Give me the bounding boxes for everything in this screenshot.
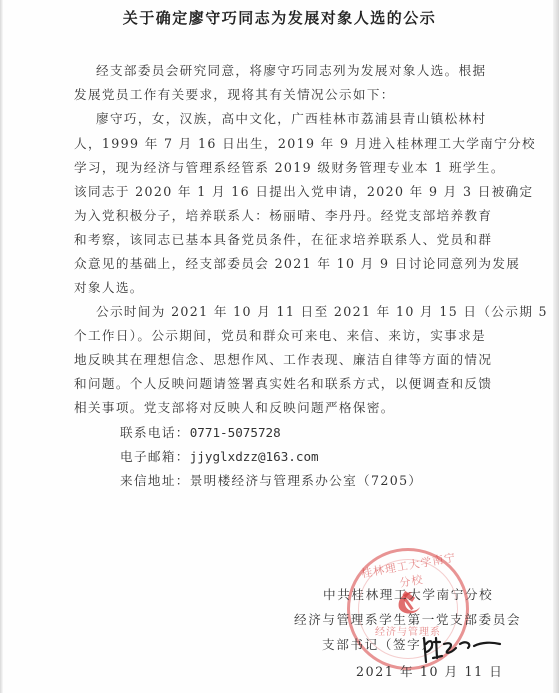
paragraph-3-line-5: 相关事项。党支部将对反映人和反映问题严格保密。 [74,397,395,416]
address-label: 来信地址： [120,473,190,488]
paragraph-2-line-3: 学习，现为经济与管理系经管系 2019 级财务管理专业本 1 班学生。 [74,157,505,176]
contact-email: 电子邮箱：jjyglxdzz@163.com [120,446,319,465]
paragraph-2-line-1: 廖守巧，女，汉族，高中文化，广西桂林市荔浦县青山镇松林村 [96,108,486,127]
email-value: jjyglxdzz@163.com [190,449,319,464]
document-title: 关于确定廖守巧同志为发展对象人选的公示 [0,7,559,28]
address-value: 景明楼经济与管理系办公室（7205） [190,473,423,488]
phone-value: 0771-5075728 [190,425,281,440]
contact-phone: 联系电话：0771-5075728 [120,422,281,441]
org-name-line-1: 中共桂林理工大学南宁分校 [323,584,493,603]
paragraph-2-line-5: 为入党积极分子，培养联系人：杨丽晴、李丹丹。经党支部培养教育 [74,205,492,224]
paragraph-2-line-8: 对象人选。 [74,277,144,296]
scan-edge-left [0,0,3,693]
paragraph-2-line-4: 该同志于 2020 年 1 月 16 日提出入党申请，2020 年 9 月 3 … [74,181,533,200]
paragraph-3-line-2: 个工作日）。公示期间，党员和群众可来电、来信、来访，实事求是 [74,325,486,344]
signature-date: 2021 年 10 月 11 日 [356,661,504,680]
email-label: 电子邮箱： [120,449,190,464]
contact-address: 来信地址：景明楼经济与管理系办公室（7205） [120,470,422,489]
paragraph-1-line-1: 经支部委员会研究同意，将廖守巧同志列为发展对象人选。根据 [96,60,486,79]
paragraph-2-line-2: 人，1999 年 7 月 16 日出生，2019 年 9 月进入桂林理工大学南宁… [74,133,536,152]
phone-label: 联系电话： [120,425,190,440]
scan-edge-right [553,0,559,693]
paragraph-2-line-7: 众意见的基础上，经支部委员会 2021 年 10 月 9 日讨论同意列为发展 [74,253,520,272]
paragraph-2-line-6: 和考察，该同志已基本具备党员条件，在征求培养联系人、党员和群 [74,229,492,248]
org-name-line-2: 经济与管理系学生第一党支部委员会 [294,609,521,628]
paragraph-1-line-2: 发展党员工作有关要求，现将其有关情况公示如下： [74,84,395,103]
handwritten-signature [420,634,505,664]
document-page: 关于确定廖守巧同志为发展对象人选的公示 经支部委员会研究同意，将廖守巧同志列为发… [0,0,559,693]
paragraph-3-line-1: 公示时间为 2021 年 10 月 11 日至 2021 年 10 月 15 日… [96,301,548,320]
paragraph-3-line-4: 和问题。个人反映问题请签署真实姓名和联系方式，以便调查和反馈 [74,373,492,392]
paragraph-3-line-3: 地反映其在理想信念、思想作风、工作表现、廉洁自律等方面的情况 [74,349,492,368]
